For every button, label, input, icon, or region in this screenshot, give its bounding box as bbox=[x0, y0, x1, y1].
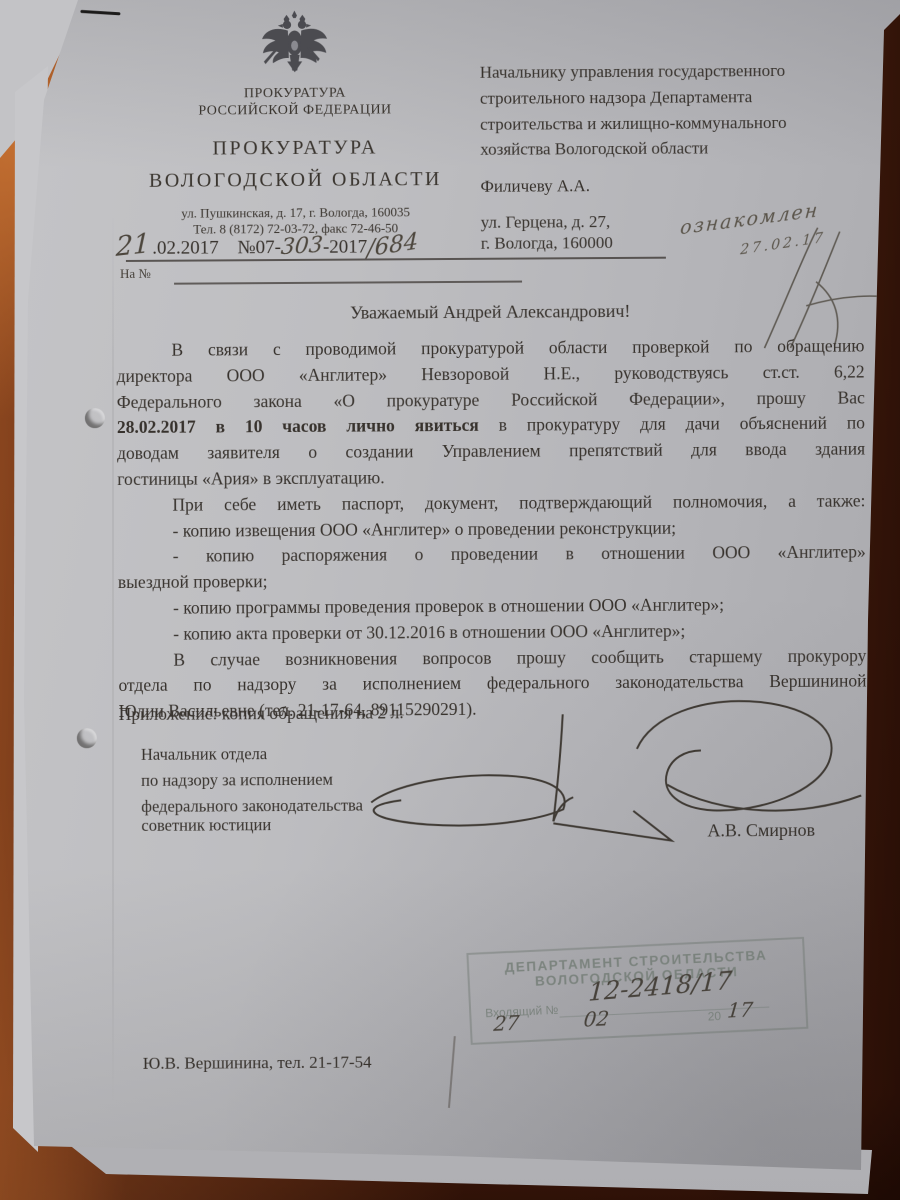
addressee-title-line: хозяйства Вологодской области bbox=[480, 135, 880, 163]
pen-line-mark bbox=[448, 1036, 455, 1108]
signer-rank: советник юстиции bbox=[141, 815, 271, 836]
body-line: доводам заявителя о создании Управлением… bbox=[117, 437, 865, 467]
in-reply-to-blank-line bbox=[174, 281, 522, 285]
body-line: директора ООО «Англитер» Невзоровой Н.Е.… bbox=[117, 359, 865, 389]
handwritten-number: 303 bbox=[280, 233, 324, 261]
hole-punch-mark bbox=[85, 408, 105, 428]
addressee-title-line: строительного надзора Департамента bbox=[480, 83, 880, 111]
body-line: При себе иметь паспорт, документ, подтве… bbox=[117, 488, 865, 518]
addressee-title-lines: Начальнику управления государственногост… bbox=[480, 57, 881, 163]
russian-coat-of-arms-icon bbox=[250, 9, 338, 80]
org-name-regional-line1: ПРОКУРАТУРА bbox=[125, 136, 465, 161]
org-name-regional-line2: ВОЛОГОДСКОЙ ОБЛАСТИ bbox=[125, 168, 465, 193]
handwritten-signature bbox=[341, 687, 900, 860]
signer-position-line: Начальник отдела bbox=[141, 741, 363, 768]
signer-position-line: по надзору за исполнением bbox=[141, 766, 363, 793]
signer-position: Начальник отделапо надзору за исполнение… bbox=[141, 741, 363, 820]
stamp-printed-year: 20 bbox=[707, 1009, 721, 1024]
photo-of-document: ПРОКУРАТУРА РОССИЙСКОЙ ФЕДЕРАЦИИ ПРОКУРА… bbox=[0, 0, 900, 1200]
addressee-title-line: строительства и жилищно-коммунального bbox=[480, 109, 880, 137]
text-segment: в прокуратуру для дачи объяснений по bbox=[479, 413, 865, 435]
executor-contact: Ю.В. Вершинина, тел. 21-17-54 bbox=[143, 1052, 372, 1073]
printed-number-suffix: -2017 bbox=[323, 236, 367, 257]
handwritten-stamp-day: 27 bbox=[493, 1011, 521, 1036]
printed-number-prefix: №07- bbox=[237, 237, 281, 258]
org-name-federation-line2: РОССИЙСКОЙ ФЕДЕРАЦИИ bbox=[125, 101, 465, 120]
body-line: - копию распоряжения о проведении в отно… bbox=[118, 540, 866, 570]
in-reply-to-label: На № bbox=[120, 266, 151, 282]
hole-punch-mark bbox=[77, 728, 97, 748]
addressee-name: Филичеву А.А. bbox=[480, 174, 880, 198]
incoming-registration-stamp: ДЕПАРТАМЕНТ СТРОИТЕЛЬСТВА ВОЛОГОДСКОЙ ОБ… bbox=[466, 937, 808, 1045]
handwritten-stamp-month: 02 bbox=[583, 1006, 611, 1031]
addressee-title-line: Начальнику управления государственного bbox=[480, 57, 880, 85]
paper-sheet: ПРОКУРАТУРА РОССИЙСКОЙ ФЕДЕРАЦИИ ПРОКУРА… bbox=[0, 0, 900, 1200]
handwritten-stamp-year: 17 bbox=[726, 997, 754, 1022]
letter-content: ПРОКУРАТУРА РОССИЙСКОЙ ФЕДЕРАЦИИ ПРОКУРА… bbox=[0, 0, 900, 1200]
handwritten-number-suffix: /684 bbox=[367, 228, 419, 262]
printed-date: .02.2017 bbox=[152, 237, 219, 258]
letterhead: ПРОКУРАТУРА РОССИЙСКОЙ ФЕДЕРАЦИИ ПРОКУРА… bbox=[125, 84, 466, 238]
bold-text-segment: 28.02.2017 в 10 часов лично явиться bbox=[117, 415, 479, 437]
pen-mark bbox=[80, 10, 120, 16]
org-name-federation-line1: ПРОКУРАТУРА bbox=[125, 84, 465, 103]
letter-body: В связи с проводимой прокуратурой област… bbox=[116, 333, 866, 725]
handwritten-day: 21 bbox=[115, 228, 150, 263]
